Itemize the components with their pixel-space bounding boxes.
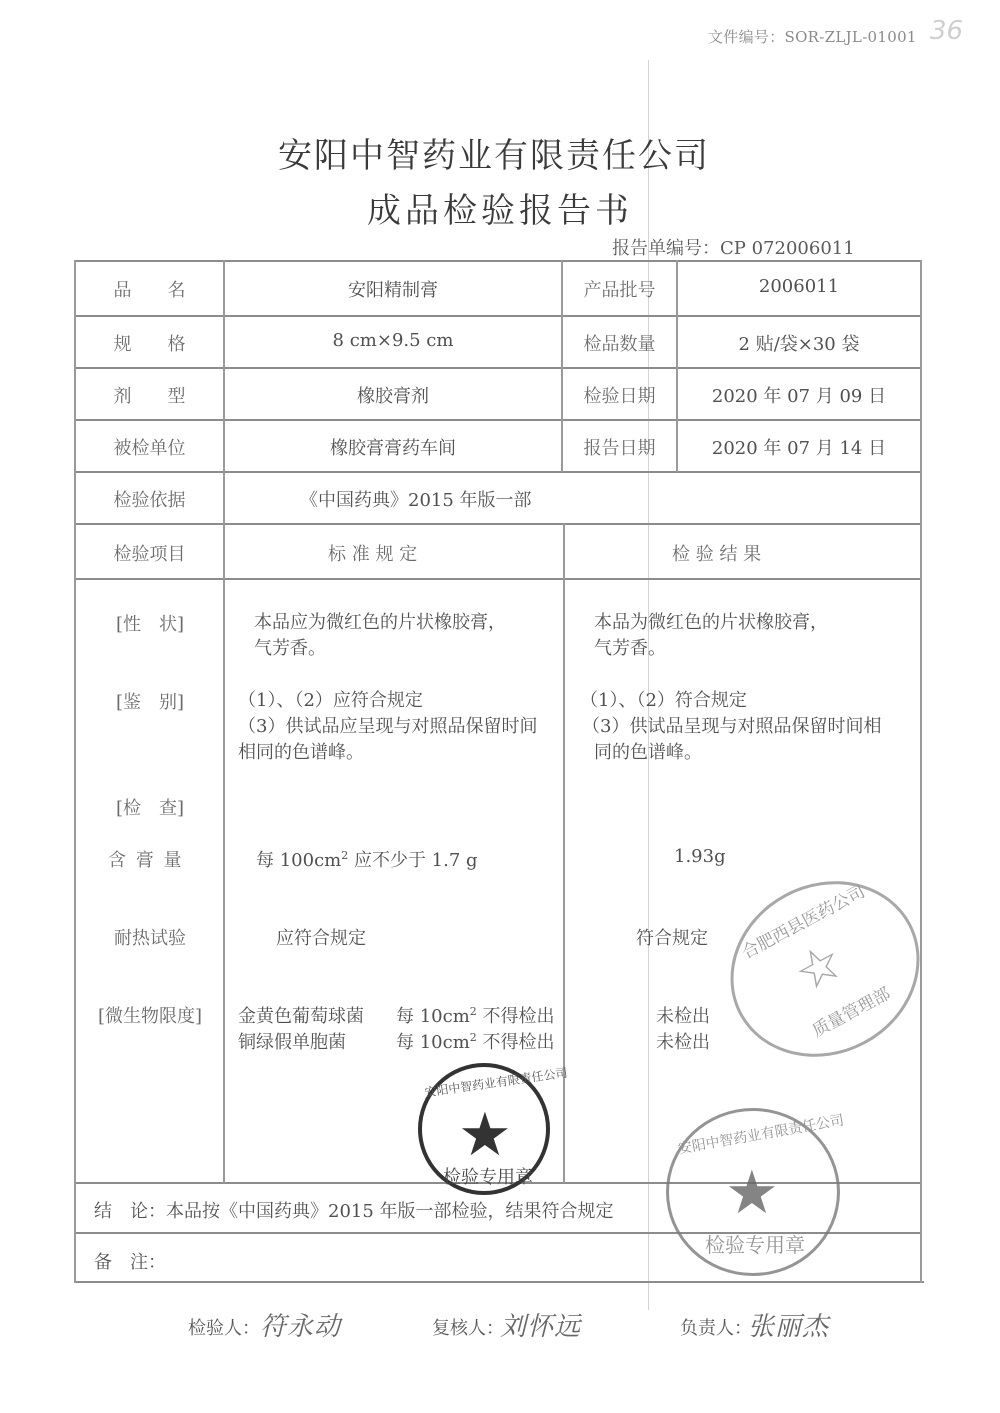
test-label-identification: [鉴 别] (116, 688, 184, 714)
product-name-label: 品 名 (76, 276, 223, 302)
reviewer-label: 复核人： (432, 1314, 504, 1340)
inspected-unit-label: 被检单位 (76, 434, 223, 460)
microbial-result-1: 未检出 (656, 1002, 710, 1028)
company-title: 安阳中智药业有限责任公司 (0, 128, 1000, 177)
column-header-standard: 标 准 规 定 (328, 540, 417, 566)
sample-quantity-value: 2 贴/袋×30 袋 (678, 330, 920, 356)
test-label-inspection: [检 查] (116, 794, 184, 820)
column-header-result: 检 验 结 果 (672, 540, 761, 566)
company-stamp-2-label: 检验专用章 (697, 1229, 813, 1258)
result-identification-line1: （1）、（2）符合规定 (580, 686, 747, 712)
specification-label: 规 格 (76, 330, 223, 356)
microbial-limit-2: 每 10cm2 不得检出 (396, 1028, 555, 1054)
company-inspection-stamp-2: ★ 安阳中智药业有限责任公司 检验专用章 (666, 1108, 840, 1276)
distributor-stamp: ☆ 合肥西县医药公司 质量管理部 (699, 848, 950, 1089)
standard-identification-line3: 相同的色谱峰。 (238, 738, 364, 764)
company-stamp-label: 检验专用章 (442, 1163, 534, 1189)
report-title: 成品检验报告书 (0, 183, 1000, 232)
microbial-organism-1: 金黄色葡萄球菌 (238, 1002, 364, 1028)
document-number: 文件编号：SOR-ZLJL-01001 (708, 26, 917, 47)
table-rule (74, 523, 922, 525)
test-label-microbial: [微生物限度] (98, 1002, 202, 1028)
table-rule (563, 523, 565, 1183)
standard-identification-line2: （3）供试品应呈现与对照品保留时间 (238, 712, 537, 738)
table-rule (74, 578, 922, 580)
inspector-label: 检验人： (188, 1314, 260, 1340)
star-icon: ★ (725, 1163, 779, 1223)
inspector-signature: 符永动 (260, 1306, 341, 1343)
star-icon: ★ (458, 1105, 512, 1165)
dosage-form-value: 橡胶膏剂 (225, 382, 561, 408)
standard-identification-line1: （1）、（2）应符合规定 (238, 686, 423, 712)
microbial-limit-1: 每 10cm2 不得检出 (396, 1002, 555, 1028)
result-appearance-line2: 气芳香。 (594, 634, 666, 660)
table-rule (920, 260, 922, 1283)
result-appearance-line1: 本品为微红色的片状橡胶膏， (594, 608, 828, 634)
test-label-appearance: [性 状] (116, 610, 184, 636)
standard-appearance-line1: 本品应为微红色的片状橡胶膏， (254, 608, 506, 634)
column-header-item: 检验项目 (76, 540, 223, 566)
result-paste-content: 1.93g (674, 846, 726, 867)
table-rule (74, 471, 922, 473)
batch-number-value: 2006011 (678, 276, 920, 297)
star-icon: ☆ (786, 934, 852, 1002)
report-date-value: 2020 年 07 月 14 日 (678, 434, 920, 460)
basis-value: 《中国药典》2015 年版一部 (300, 486, 532, 512)
test-label-heat-resistance: 耐热试验 (114, 924, 186, 950)
inspection-date-value: 2020 年 07 月 09 日 (678, 382, 920, 408)
test-label-paste-content: 含 膏 量 (108, 846, 183, 872)
basis-label: 检验依据 (76, 486, 223, 512)
responsible-signature: 张丽杰 (748, 1306, 829, 1343)
result-heat-resistance: 符合规定 (636, 924, 708, 950)
remarks: 备 注： (94, 1248, 166, 1274)
company-stamp-arc-text: 安阳中智药业有限责任公司 (423, 1066, 548, 1100)
table-rule (74, 1281, 924, 1283)
table-rule (74, 315, 922, 317)
sample-quantity-label: 检品数量 (563, 330, 676, 356)
table-rule (74, 367, 922, 369)
batch-number-label: 产品批号 (563, 276, 676, 302)
responsible-label: 负责人： (680, 1314, 752, 1340)
inspection-date-label: 检验日期 (563, 382, 676, 408)
dosage-form-label: 剂 型 (76, 382, 223, 408)
table-rule (74, 260, 76, 1283)
conclusion: 结 论：本品按《中国药典》2015 年版一部检验，结果符合规定 (94, 1197, 614, 1223)
microbial-result-2: 未检出 (656, 1028, 710, 1054)
specification-value: 8 cm×9.5 cm (225, 330, 561, 351)
report-number: 报告单编号：CP 072006011 (612, 234, 855, 260)
page-number-mark: 36 (930, 16, 963, 46)
result-identification-line2: （3）供试品呈现与对照品保留时间相 (582, 712, 881, 738)
table-rule (74, 260, 922, 262)
standard-appearance-line2: 气芳香。 (254, 634, 326, 660)
standard-heat-resistance: 应符合规定 (276, 924, 366, 950)
report-date-label: 报告日期 (563, 434, 676, 460)
product-name-value: 安阳精制膏 (225, 276, 561, 302)
standard-paste-content: 每 100cm2 应不少于 1.7 g (256, 846, 478, 872)
microbial-organism-2: 铜绿假单胞菌 (238, 1028, 346, 1054)
company-stamp-2-arc-text: 安阳中智药业有限责任公司 (676, 1112, 833, 1159)
result-identification-line3: 同的色谱峰。 (594, 738, 702, 764)
table-rule (74, 419, 922, 421)
inspected-unit-value: 橡胶膏膏药车间 (225, 434, 561, 460)
reviewer-signature: 刘怀远 (500, 1306, 581, 1343)
company-inspection-stamp: ★ 安阳中智药业有限责任公司 检验专用章 (418, 1063, 550, 1195)
